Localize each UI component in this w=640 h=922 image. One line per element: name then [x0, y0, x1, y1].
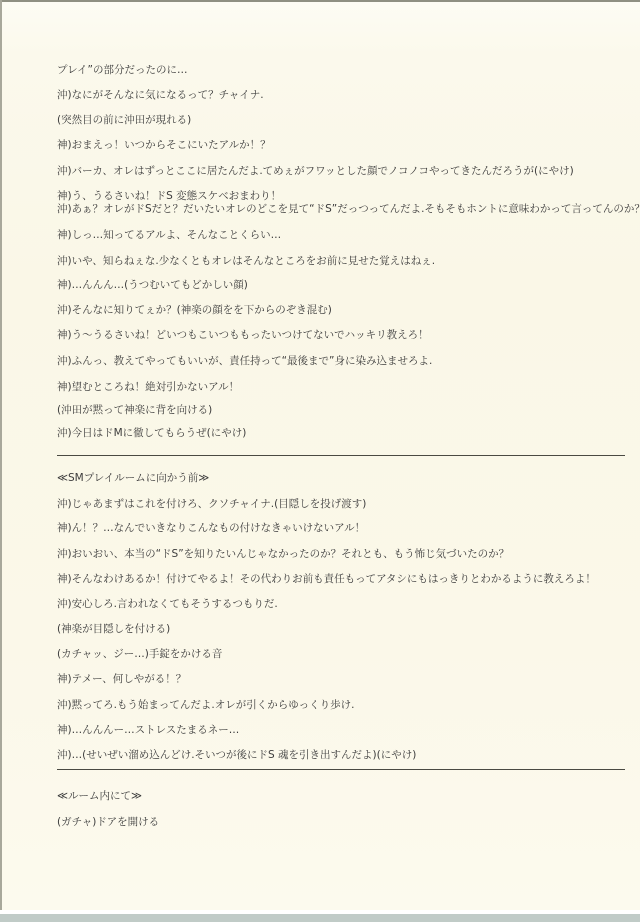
dialogue-line: 沖)そんなに知りてぇか？(神楽の顔をを下からのぞき混む) [57, 304, 332, 317]
dialogue-line: 神)…んんん…(うつむいてもどかしい顔) [57, 279, 248, 292]
dialogue-line: 沖)今日はドMに徹してもらうぜ(にやけ) [57, 427, 246, 440]
stage-direction: (突然目の前に沖田が現れる) [57, 114, 191, 127]
section-divider [57, 455, 625, 456]
scanned-script-page: プレイ”の部分だったのに… 沖)なにがそんなに気になるって？チャイナ. (突然目… [0, 0, 640, 922]
dialogue-line: 沖)ふんっ、教えてやってもいいが、責任持って“最後まで”身に染み込ませろよ. [57, 355, 432, 368]
dialogue-line: 沖)…(せいぜい溜め込んどけ.そいつが後にドS 魂を引き出すんだよ)(にやけ) [57, 749, 416, 762]
narration-line: プレイ”の部分だったのに… [57, 64, 188, 77]
dialogue-line: 沖)あぁ？オレがドSだと？だいたいオレのどこを見て“ドS”だっつってんだよ.そも… [57, 203, 640, 216]
dialogue-line: 神)う～うるさいね！どいつもこいつももったいつけてないでハッキリ教えろ！ [57, 329, 429, 342]
dialogue-line: 沖)黙ってろ.もう始まってんだよ.オレが引くからゆっくり歩け. [57, 699, 355, 712]
section-divider [57, 769, 625, 770]
section-heading: ≪ルーム内にて≫ [57, 790, 142, 803]
dialogue-line: 神)しっ…知ってるアルよ、そんなことくらい… [57, 229, 281, 242]
dialogue-line: 沖)安心しろ.言われなくてもそうするつもりだ. [57, 598, 278, 611]
sound-effect-line: (ガチャ)ドアを開ける [57, 816, 159, 829]
dialogue-line: 神)テメー、何しやがる！？ [57, 673, 186, 686]
dialogue-line: 沖)なにがそんなに気になるって？チャイナ. [57, 89, 264, 102]
dialogue-line: 神)望むところね！絶対引かないアル！ [57, 381, 239, 394]
dialogue-line: 沖)おいおい、本当の“ドS”を知りたいんじゃなかったのか？それとも、もう怖じ気づ… [57, 548, 509, 561]
dialogue-line: 沖)いや、知らねぇな.少なくともオレはそんなところをお前に見せた覚えはねぇ. [57, 255, 435, 268]
sound-effect-line: (カチャッ、ジー…)手錠をかける音 [57, 648, 222, 661]
scan-band-bottom [0, 914, 640, 922]
dialogue-line: 神)う、うるさいね！ドS 変態スケベおまわり！ [57, 190, 281, 203]
stage-direction: (沖田が黙って神楽に背を向ける) [57, 404, 212, 417]
dialogue-line: 神)そんなわけあるか！付けてやるよ！その代わりお前も責任もってアタシにもはっきり… [57, 573, 596, 586]
dialogue-line: 沖)じゃあまずはこれを付けろ、クソチャイナ.(目隠しを投げ渡す) [57, 498, 366, 511]
dialogue-line: 神)おまえっ！いつからそこにいたアルか！？ [57, 139, 271, 152]
dialogue-line: 沖)バーカ、オレはずっとここに居たんだよ.てめぇがフワッとした顔でノコノコやって… [57, 165, 574, 178]
dialogue-line: 神)ん！？…なんでいきなりこんなもの付けなきゃいけないアル！ [57, 522, 365, 535]
dialogue-line: 神)…んんんー…ストレスたまるネー… [57, 724, 239, 737]
stage-direction: (神楽が目隠しを付ける) [57, 623, 170, 636]
section-heading: ≪SMプレイルームに向かう前≫ [57, 472, 209, 485]
scan-edge-left [0, 0, 2, 912]
scan-edge-top [0, 0, 640, 2]
